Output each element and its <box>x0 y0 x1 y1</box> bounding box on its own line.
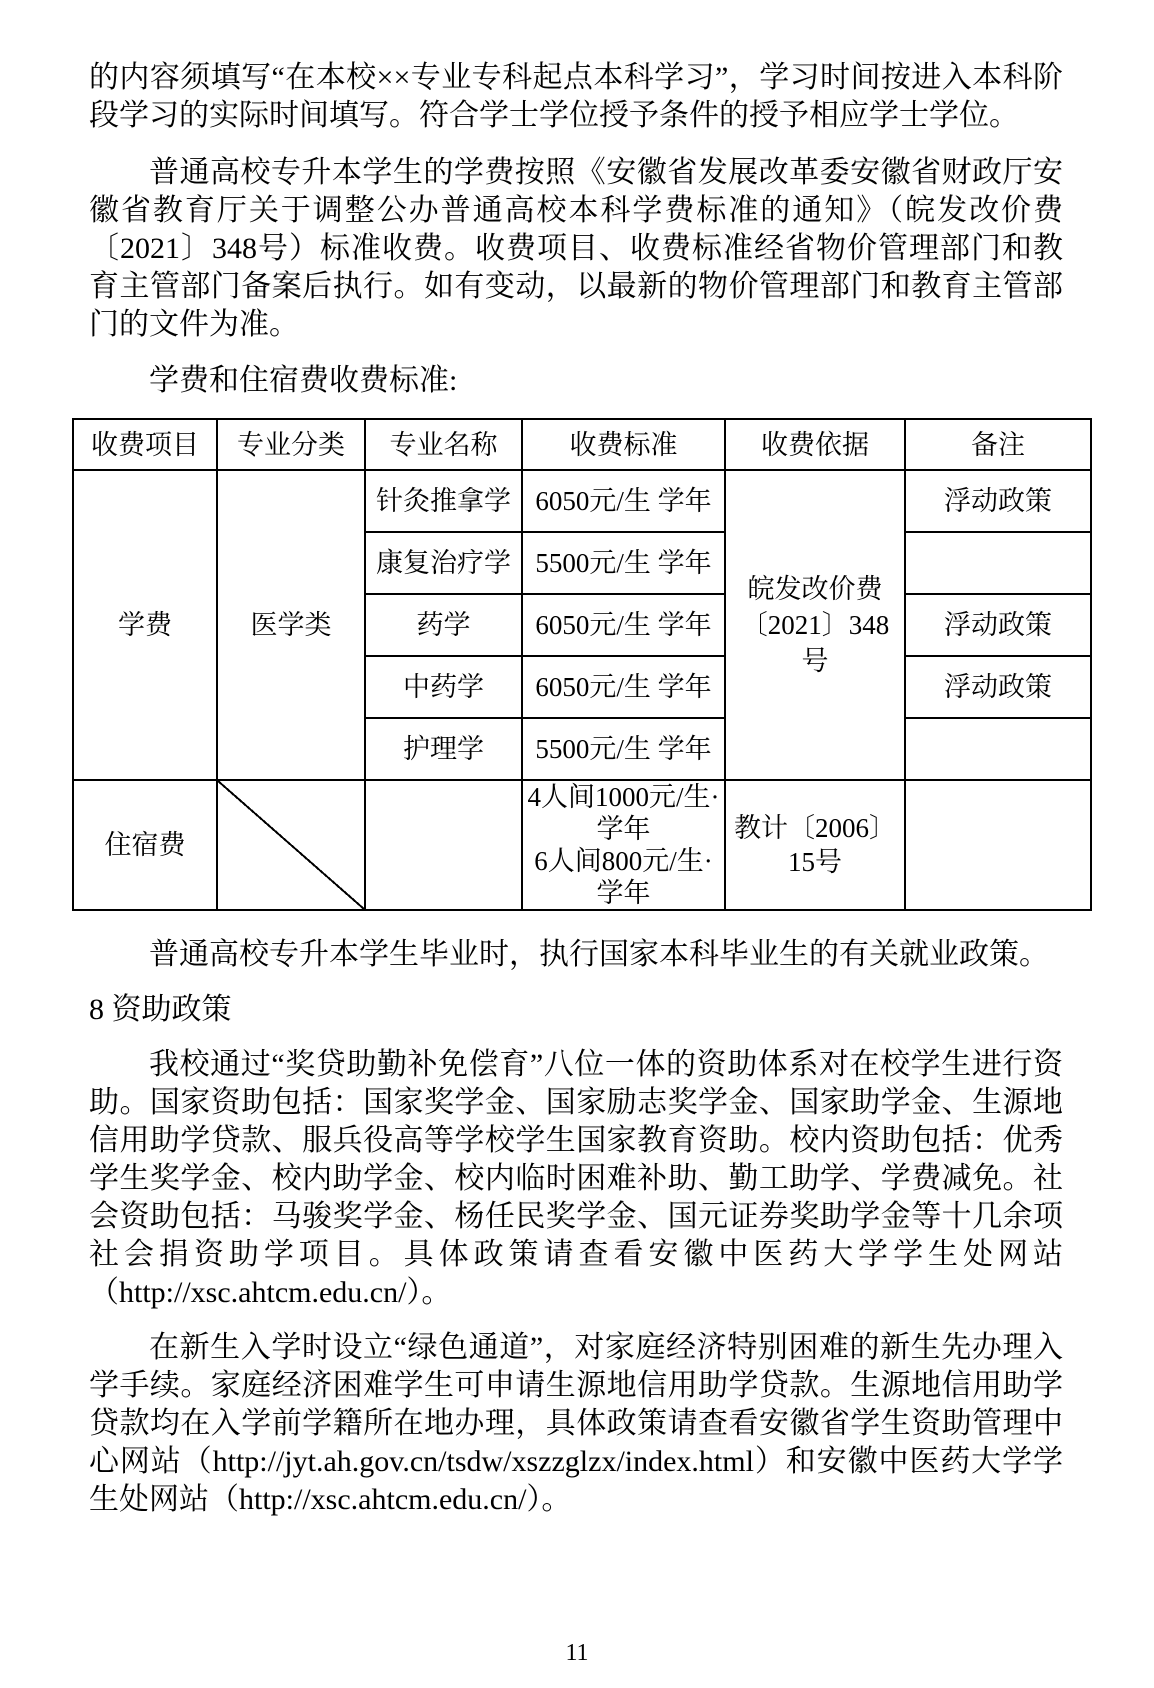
fee-basis-line: 教计〔2006〕 <box>728 811 902 845</box>
col-header-major-category: 专业分类 <box>217 419 365 470</box>
document-page: 的内容须填写“在本校××专业专科起点本科学习”，学习时间按进入本科阶段学习的实际… <box>0 0 1154 1688</box>
cell-fee-standard: 6050元/生 学年 <box>522 594 725 656</box>
cell-major-name: 针灸推拿学 <box>365 470 522 532</box>
cell-major-name-empty <box>365 780 522 910</box>
cell-fee-basis-tuition: 皖发改价费 〔2021〕348号 <box>725 470 905 780</box>
cell-remark: 浮动政策 <box>905 470 1091 532</box>
accommodation-standard-line: 6人间800元/生· <box>525 845 722 877</box>
table-header-row: 收费项目 专业分类 专业名称 收费标准 收费依据 备注 <box>73 419 1091 470</box>
cell-fee-standard: 6050元/生 学年 <box>522 470 725 532</box>
accommodation-standard-line: 学年 <box>525 877 722 909</box>
paragraph-employment-policy: 普通高校专升本学生毕业时，执行国家本科毕业生的有关就业政策。 <box>89 936 1063 974</box>
cell-category-medical: 医学类 <box>217 470 365 780</box>
cell-fee-item-tuition: 学费 <box>73 470 217 780</box>
paragraph-green-channel: 在新生入学时设立“绿色通道”，对家庭经济特别困难的新生先办理入学手续。家庭经济困… <box>89 1329 1063 1519</box>
paragraph-table-intro: 学费和住宿费收费标准: <box>89 362 1063 400</box>
col-header-fee-item: 收费项目 <box>73 419 217 470</box>
cell-category-diagonal-slash <box>217 780 365 910</box>
fee-basis-line: 皖发改价费 <box>728 571 902 607</box>
cell-major-name: 中药学 <box>365 656 522 718</box>
col-header-fee-standard: 收费标准 <box>522 419 725 470</box>
cell-remark <box>905 718 1091 780</box>
col-header-fee-basis: 收费依据 <box>725 419 905 470</box>
fee-standard-table: 收费项目 专业分类 专业名称 收费标准 收费依据 备注 学费 医学类 针灸推拿学… <box>72 418 1092 911</box>
table-row-acupuncture: 学费 医学类 针灸推拿学 6050元/生 学年 皖发改价费 〔2021〕348号… <box>73 470 1091 532</box>
cell-remark: 浮动政策 <box>905 594 1091 656</box>
section-heading-funding-policy: 8 资助政策 <box>89 991 1063 1029</box>
paragraph-funding-system: 我校通过“奖贷助勤补免偿育”八位一体的资助体系对在校学生进行资助。国家资助包括：… <box>89 1046 1063 1312</box>
accommodation-standard-line: 学年 <box>525 813 722 845</box>
page-content: 的内容须填写“在本校××专业专科起点本科学习”，学习时间按进入本科阶段学习的实际… <box>89 59 1063 1519</box>
cell-fee-standard: 5500元/生 学年 <box>522 532 725 594</box>
cell-fee-basis-accommodation: 教计〔2006〕 15号 <box>725 780 905 910</box>
cell-major-name: 康复治疗学 <box>365 532 522 594</box>
cell-fee-standard: 5500元/生 学年 <box>522 718 725 780</box>
col-header-major-name: 专业名称 <box>365 419 522 470</box>
col-header-remarks: 备注 <box>905 419 1091 470</box>
paragraph-tuition-policy: 普通高校专升本学生的学费按照《安徽省发展改革委安徽省财政厅安徽省教育厅关于调整公… <box>89 154 1063 344</box>
cell-remark: 浮动政策 <box>905 656 1091 718</box>
cell-major-name: 药学 <box>365 594 522 656</box>
cell-fee-standard: 6050元/生 学年 <box>522 656 725 718</box>
paragraph-degree-continuation: 的内容须填写“在本校××专业专科起点本科学习”，学习时间按进入本科阶段学习的实际… <box>89 59 1063 135</box>
cell-fee-standard-accommodation: 4人间1000元/生· 学年 6人间800元/生· 学年 <box>522 780 725 910</box>
cell-remark <box>905 532 1091 594</box>
cell-major-name: 护理学 <box>365 718 522 780</box>
fee-basis-line: 〔2021〕348号 <box>728 607 902 679</box>
cell-remark-empty <box>905 780 1091 910</box>
cell-fee-item-accommodation: 住宿费 <box>73 780 217 910</box>
fee-basis-line: 15号 <box>728 845 902 879</box>
accommodation-standard-line: 4人间1000元/生· <box>525 781 722 813</box>
page-number: 11 <box>0 1640 1154 1666</box>
table-row-accommodation: 住宿费 4人间1000元/生· 学年 6人间800元/生· 学年 教计〔2006… <box>73 780 1091 910</box>
